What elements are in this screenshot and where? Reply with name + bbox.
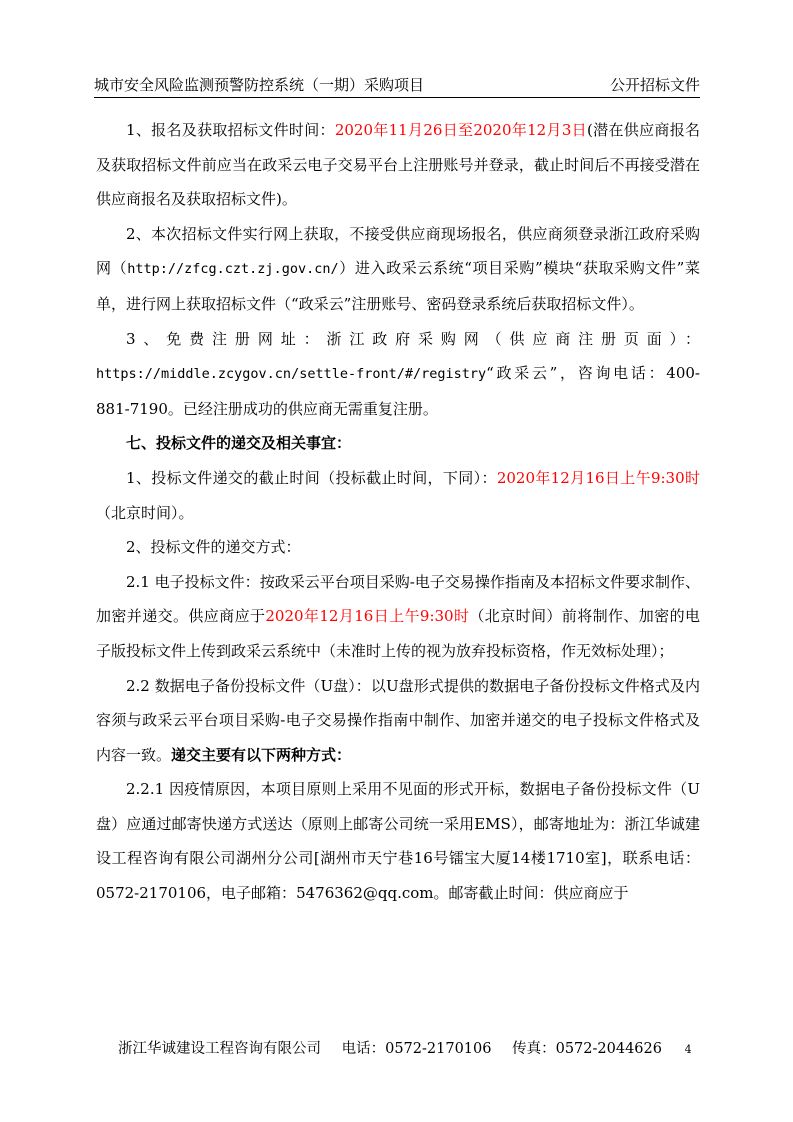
paragraph-registration-time: 1、报名及获取招标文件时间：2020年11月26日至2020年12月3日(潜在供… [96, 113, 700, 217]
footer-company: 浙江华诚建设工程咨询有限公司 [118, 1041, 321, 1057]
paragraph-free-registration: 3、免费注册网址：浙江政府采购网（供应商注册页面）：https://middle… [96, 322, 700, 427]
paragraph-submission-methods: 2、投标文件的递交方式： [96, 530, 700, 565]
upload-deadline: 2020年12月16日上午9:30时 [265, 607, 469, 625]
paragraph-submission-deadline: 1、投标文件递交的截止时间（投标截止时间，下同）：2020年12月16日上午9:… [96, 461, 700, 530]
footer-fax: 传真：0572-2044626 [512, 1041, 662, 1057]
page-header: 城市安全风险监测预警防控系统（一期）采购项目 公开招标文件 [94, 76, 700, 98]
registration-date-range: 2020年11月26日至2020年12月3日 [335, 121, 587, 139]
page-number: 4 [685, 1043, 692, 1056]
procurement-site-link[interactable]: http://zfcg.czt.zj.gov.cn/ [127, 261, 338, 277]
page-footer: 浙江华诚建设工程咨询有限公司 电话：0572-2170106 传真：0572-2… [118, 1040, 698, 1059]
registry-link[interactable]: https://middle.zcygov.cn/settle-front/#/… [96, 366, 486, 382]
project-title: 城市安全风险监测预警防控系统（一期）采购项目 [94, 76, 424, 95]
submission-deadline: 2020年12月16日上午9:30时 [497, 469, 700, 487]
paragraph-online-access: 2、本次招标文件实行网上获取，不接受供应商现场报名，供应商须登录浙江政府采购网（… [96, 217, 700, 322]
footer-phone: 电话：0572-2170106 [342, 1041, 492, 1057]
section-heading-7: 七、投标文件的递交及相关事宜： [96, 426, 700, 461]
submission-methods-note: 递交主要有以下两种方式： [171, 746, 351, 764]
paragraph-electronic-bid: 2.1 电子投标文件：按政采云平台项目采购-电子交易操作指南及本招标文件要求制作… [96, 565, 700, 669]
document-body: 1、报名及获取招标文件时间：2020年11月26日至2020年12月3日(潜在供… [96, 113, 700, 911]
contact-email: 5476362@qq.com [296, 884, 433, 902]
paragraph-usb-backup: 2.2 数据电子备份投标文件（U盘）：以U盘形式提供的数据电子备份投标文件格式及… [96, 669, 700, 773]
document-type: 公开招标文件 [610, 76, 700, 95]
contact-phone: 0572-2170106 [96, 884, 206, 902]
paragraph-mail-delivery: 2.2.1 因疫情原因，本项目原则上采用不见面的形式开标，数据电子备份投标文件（… [96, 772, 700, 910]
